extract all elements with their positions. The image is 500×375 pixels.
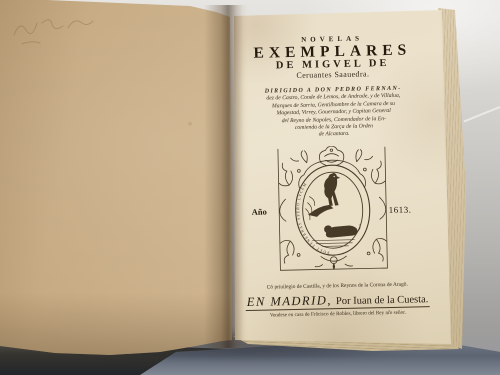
- imprint-publisher: Por Iuan de la Cuesta.: [336, 294, 429, 307]
- year-label: Año: [252, 207, 267, 217]
- year-value: 1613.: [389, 205, 412, 215]
- handwritten-inscription: [8, 8, 138, 53]
- title-page: NOVELAS EXEMPLARES DE MIGVEL DE Ceruante…: [229, 8, 453, 346]
- imprint-place: EN MADRID,: [247, 293, 332, 309]
- printer-device-woodcut-icon: POST TENEBRAS SPERO LVCEM: [276, 145, 389, 279]
- title-page-content: NOVELAS EXEMPLARES DE MIGVEL DE Ceruante…: [225, 6, 456, 349]
- photo-open-book: NOVELAS EXEMPLARES DE MIGVEL DE Ceruante…: [0, 0, 500, 375]
- dedication-block: DIRIGIDO A DON PEDRO FERNAN- dez de Cast…: [227, 85, 440, 141]
